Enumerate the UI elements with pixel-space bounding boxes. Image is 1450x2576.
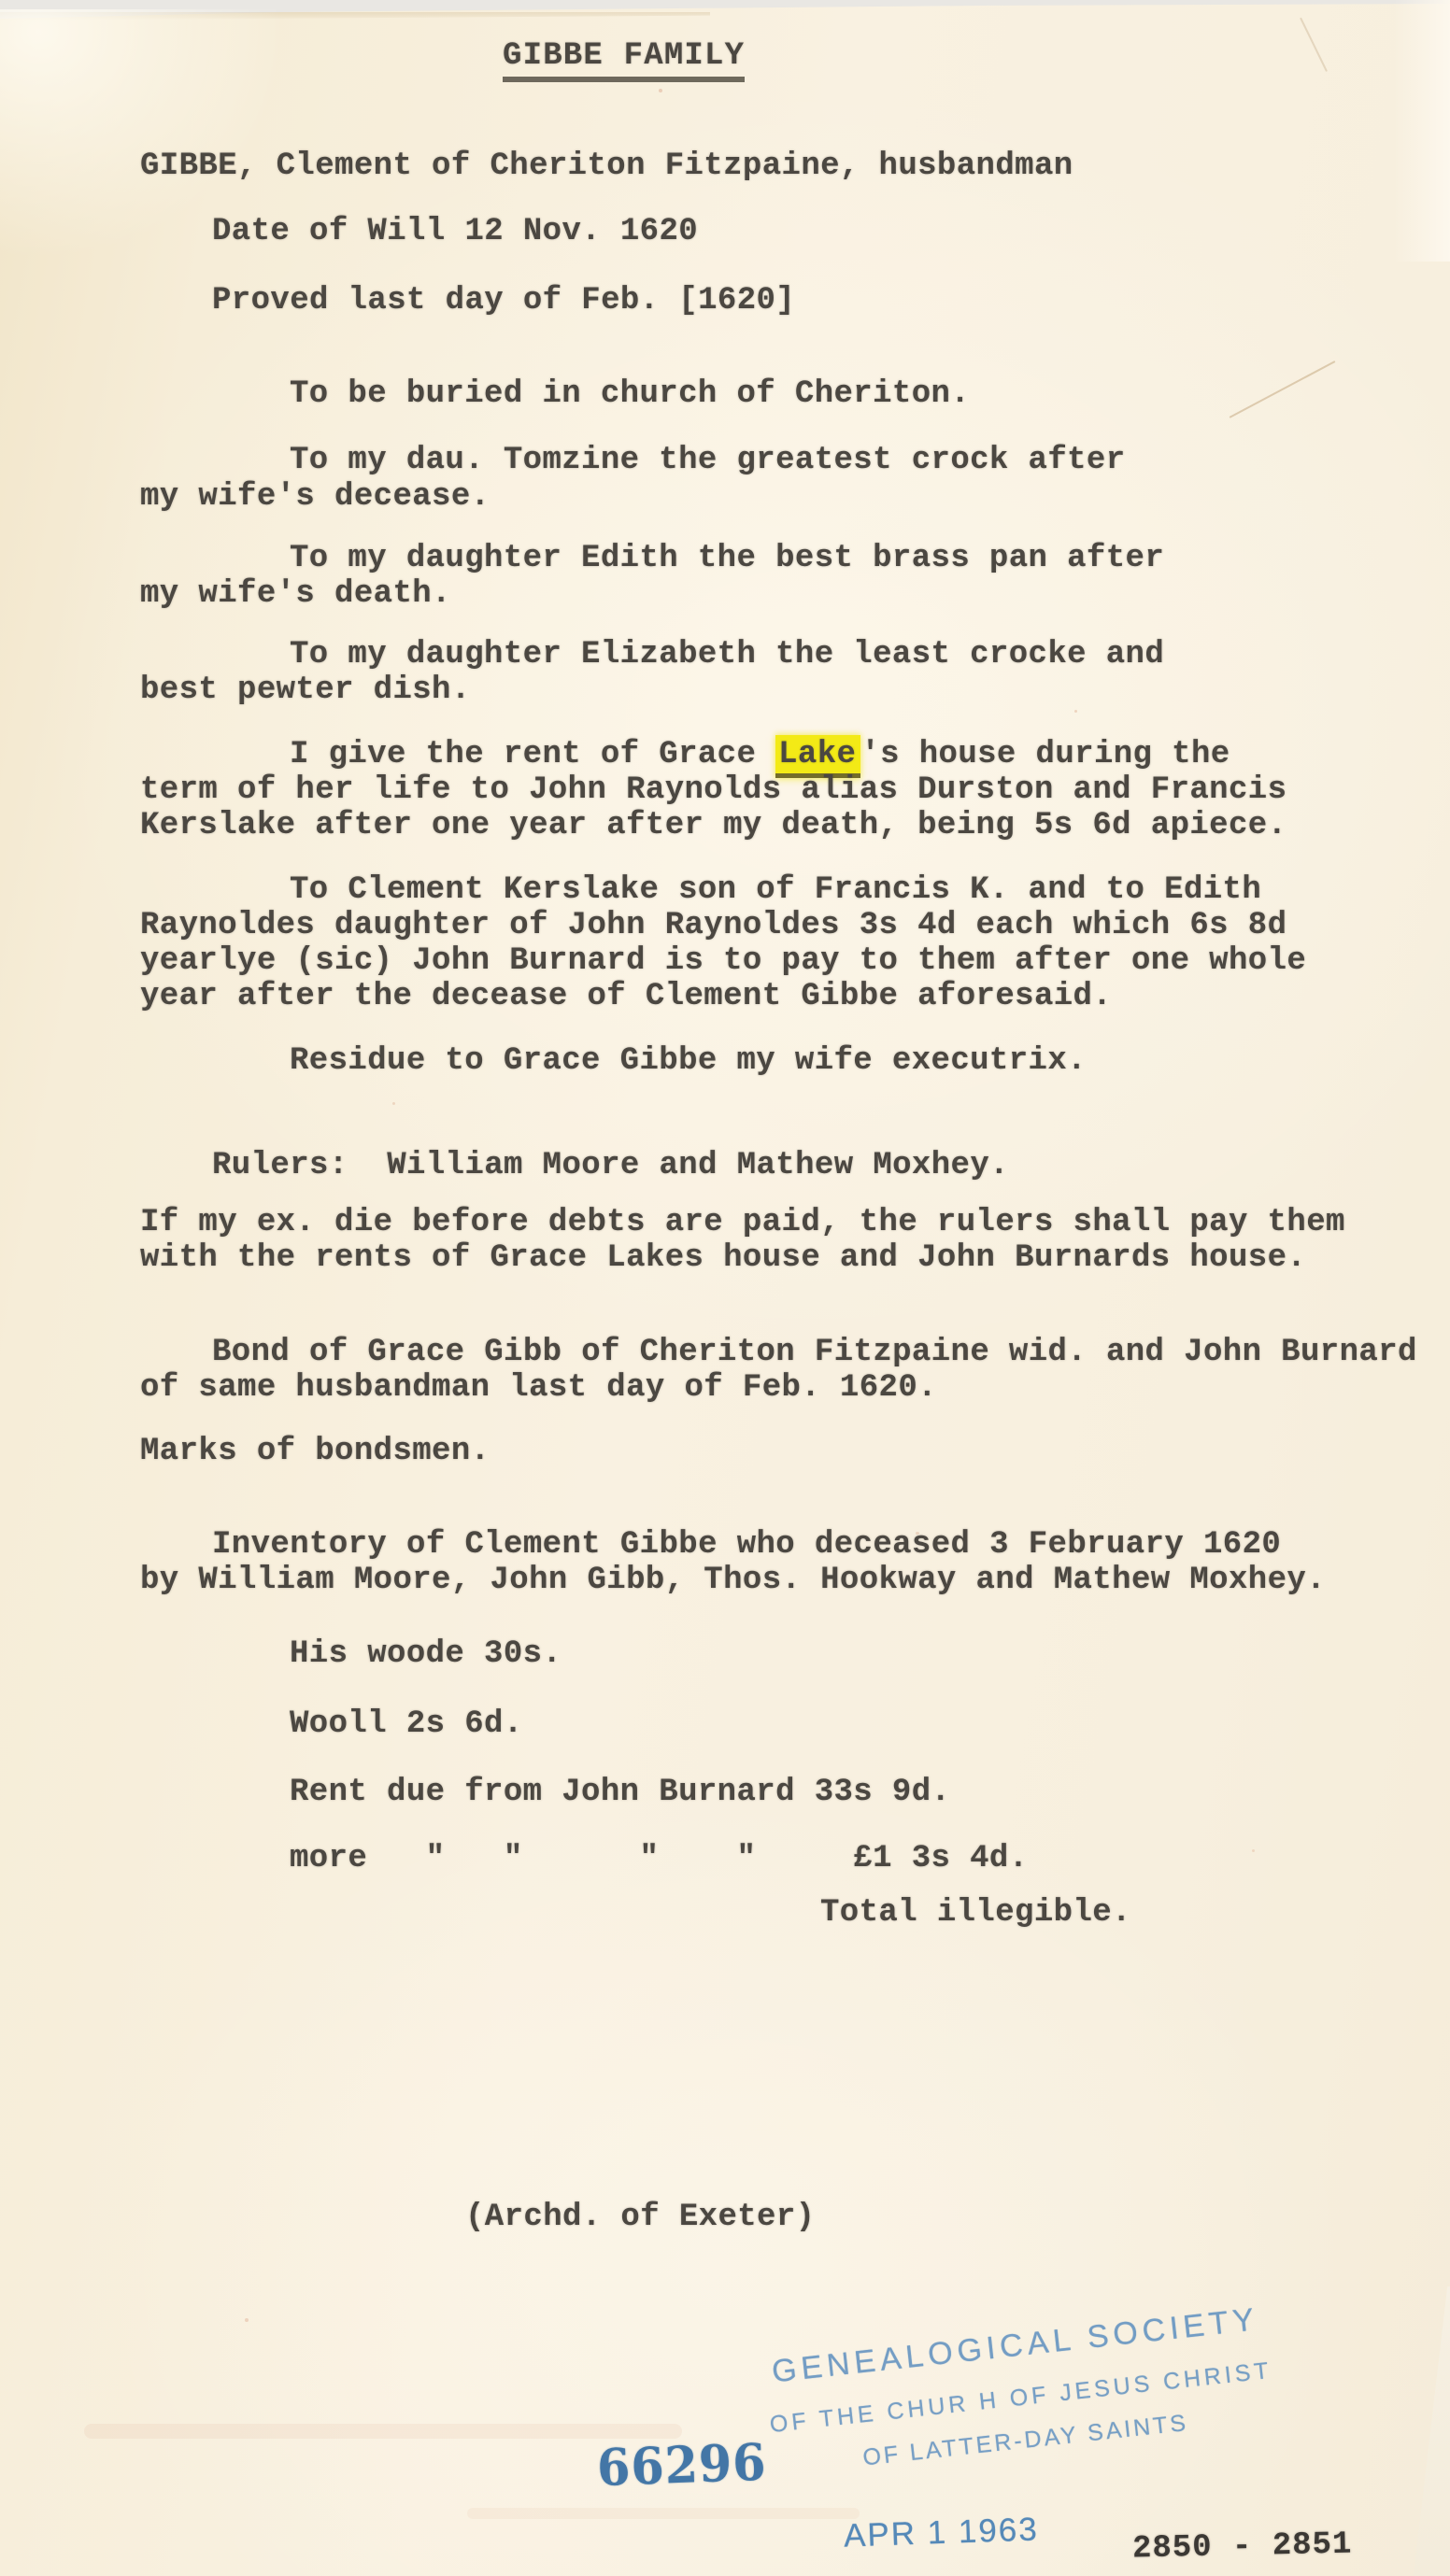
paper-stain: [467, 2508, 860, 2519]
typed-line: term of her life to John Raynolds alias …: [140, 771, 1287, 809]
typed-line: Residue to Grace Gibbe my wife executrix…: [290, 1042, 1087, 1080]
paper-stain: [84, 2424, 682, 2439]
typed-line: GIBBE, Clement of Cheriton Fitzpaine, hu…: [140, 148, 1073, 185]
typed-line: Inventory of Clement Gibbe who deceased …: [212, 1526, 1281, 1564]
typed-line: To my dau. Tomzine the greatest crock af…: [290, 442, 1126, 479]
typed-line: of same husbandman last day of Feb. 1620…: [140, 1369, 937, 1407]
typed-line: Kerslake after one year after my death, …: [140, 807, 1287, 844]
paper-speck: [392, 1102, 395, 1105]
typed-line: Marks of bondsmen.: [140, 1433, 490, 1470]
typed-line: Raynoldes daughter of John Raynoldes 3s …: [140, 907, 1287, 944]
typed-line: my wife's decease.: [140, 478, 490, 516]
serial-number-stamp: 66296: [596, 2432, 767, 2498]
typed-line: Rent due from John Burnard 33s 9d.: [290, 1774, 950, 1811]
typed-line: yearlye (sic) John Burnard is to pay to …: [140, 942, 1306, 980]
scratch-mark: [1230, 361, 1336, 418]
typed-line: To my daughter Edith the best brass pan …: [290, 540, 1164, 577]
date-received-stamp: APR 1 1963: [843, 2511, 1039, 2555]
typed-line: Rulers: William Moore and Mathew Moxhey.: [212, 1147, 1009, 1184]
typed-line: Proved last day of Feb. [1620]: [212, 282, 795, 319]
typed-line: (Archd. of Exeter): [465, 2199, 815, 2236]
typed-line: Wooll 2s 6d.: [290, 1706, 523, 1743]
typed-line: with the rents of Grace Lakes house and …: [140, 1239, 1306, 1277]
typed-line: Bond of Grace Gibb of Cheriton Fitzpaine…: [212, 1334, 1417, 1371]
rent-line-suffix: 's house during the: [860, 737, 1230, 772]
typed-line: best pewter dish.: [140, 672, 471, 709]
typed-line: To my daughter Elizabeth the least crock…: [290, 636, 1164, 673]
typed-line: To Clement Kerslake son of Francis K. an…: [290, 871, 1261, 909]
paper-edge-right: [1394, 0, 1450, 262]
paper-corner-bottom-right: [1385, 2286, 1450, 2576]
typed-line: Total illegible.: [820, 1894, 1131, 1932]
rent-line-prefix: I give the rent of Grace: [290, 737, 775, 772]
typed-line: my wife's death.: [140, 575, 451, 613]
typed-line: Date of Will 12 Nov. 1620: [212, 213, 698, 250]
typed-line: If my ex. die before debts are paid, the…: [140, 1204, 1345, 1241]
paper-speck: [245, 2318, 249, 2322]
page-number-label: 2850 - 2851: [1132, 2527, 1353, 2568]
typed-line-with-highlight: I give the rent of Grace Lake's house du…: [290, 736, 1230, 773]
scratch-mark: [1300, 18, 1328, 72]
typed-line: His woode 30s.: [290, 1635, 562, 1673]
page-title: GIBBE FAMILY: [503, 37, 745, 82]
genealogical-society-stamp: GENEALOGICAL SOCIETY OF THE CHUR H OF JE…: [753, 2300, 1287, 2483]
paper-speck: [1074, 710, 1077, 713]
typed-line: year after the decease of Clement Gibbe …: [140, 978, 1112, 1015]
typed-line: by William Moore, John Gibb, Thos. Hookw…: [140, 1562, 1326, 1599]
typed-line: more " " " " £1 3s 4d.: [290, 1840, 1029, 1877]
paper-speck: [659, 89, 662, 92]
paper-speck: [1252, 1849, 1255, 1852]
paper-sheet: GIBBE FAMILY GIBBE, Clement of Cheriton …: [0, 0, 1450, 2576]
typed-line: To be buried in church of Cheriton.: [290, 375, 970, 413]
